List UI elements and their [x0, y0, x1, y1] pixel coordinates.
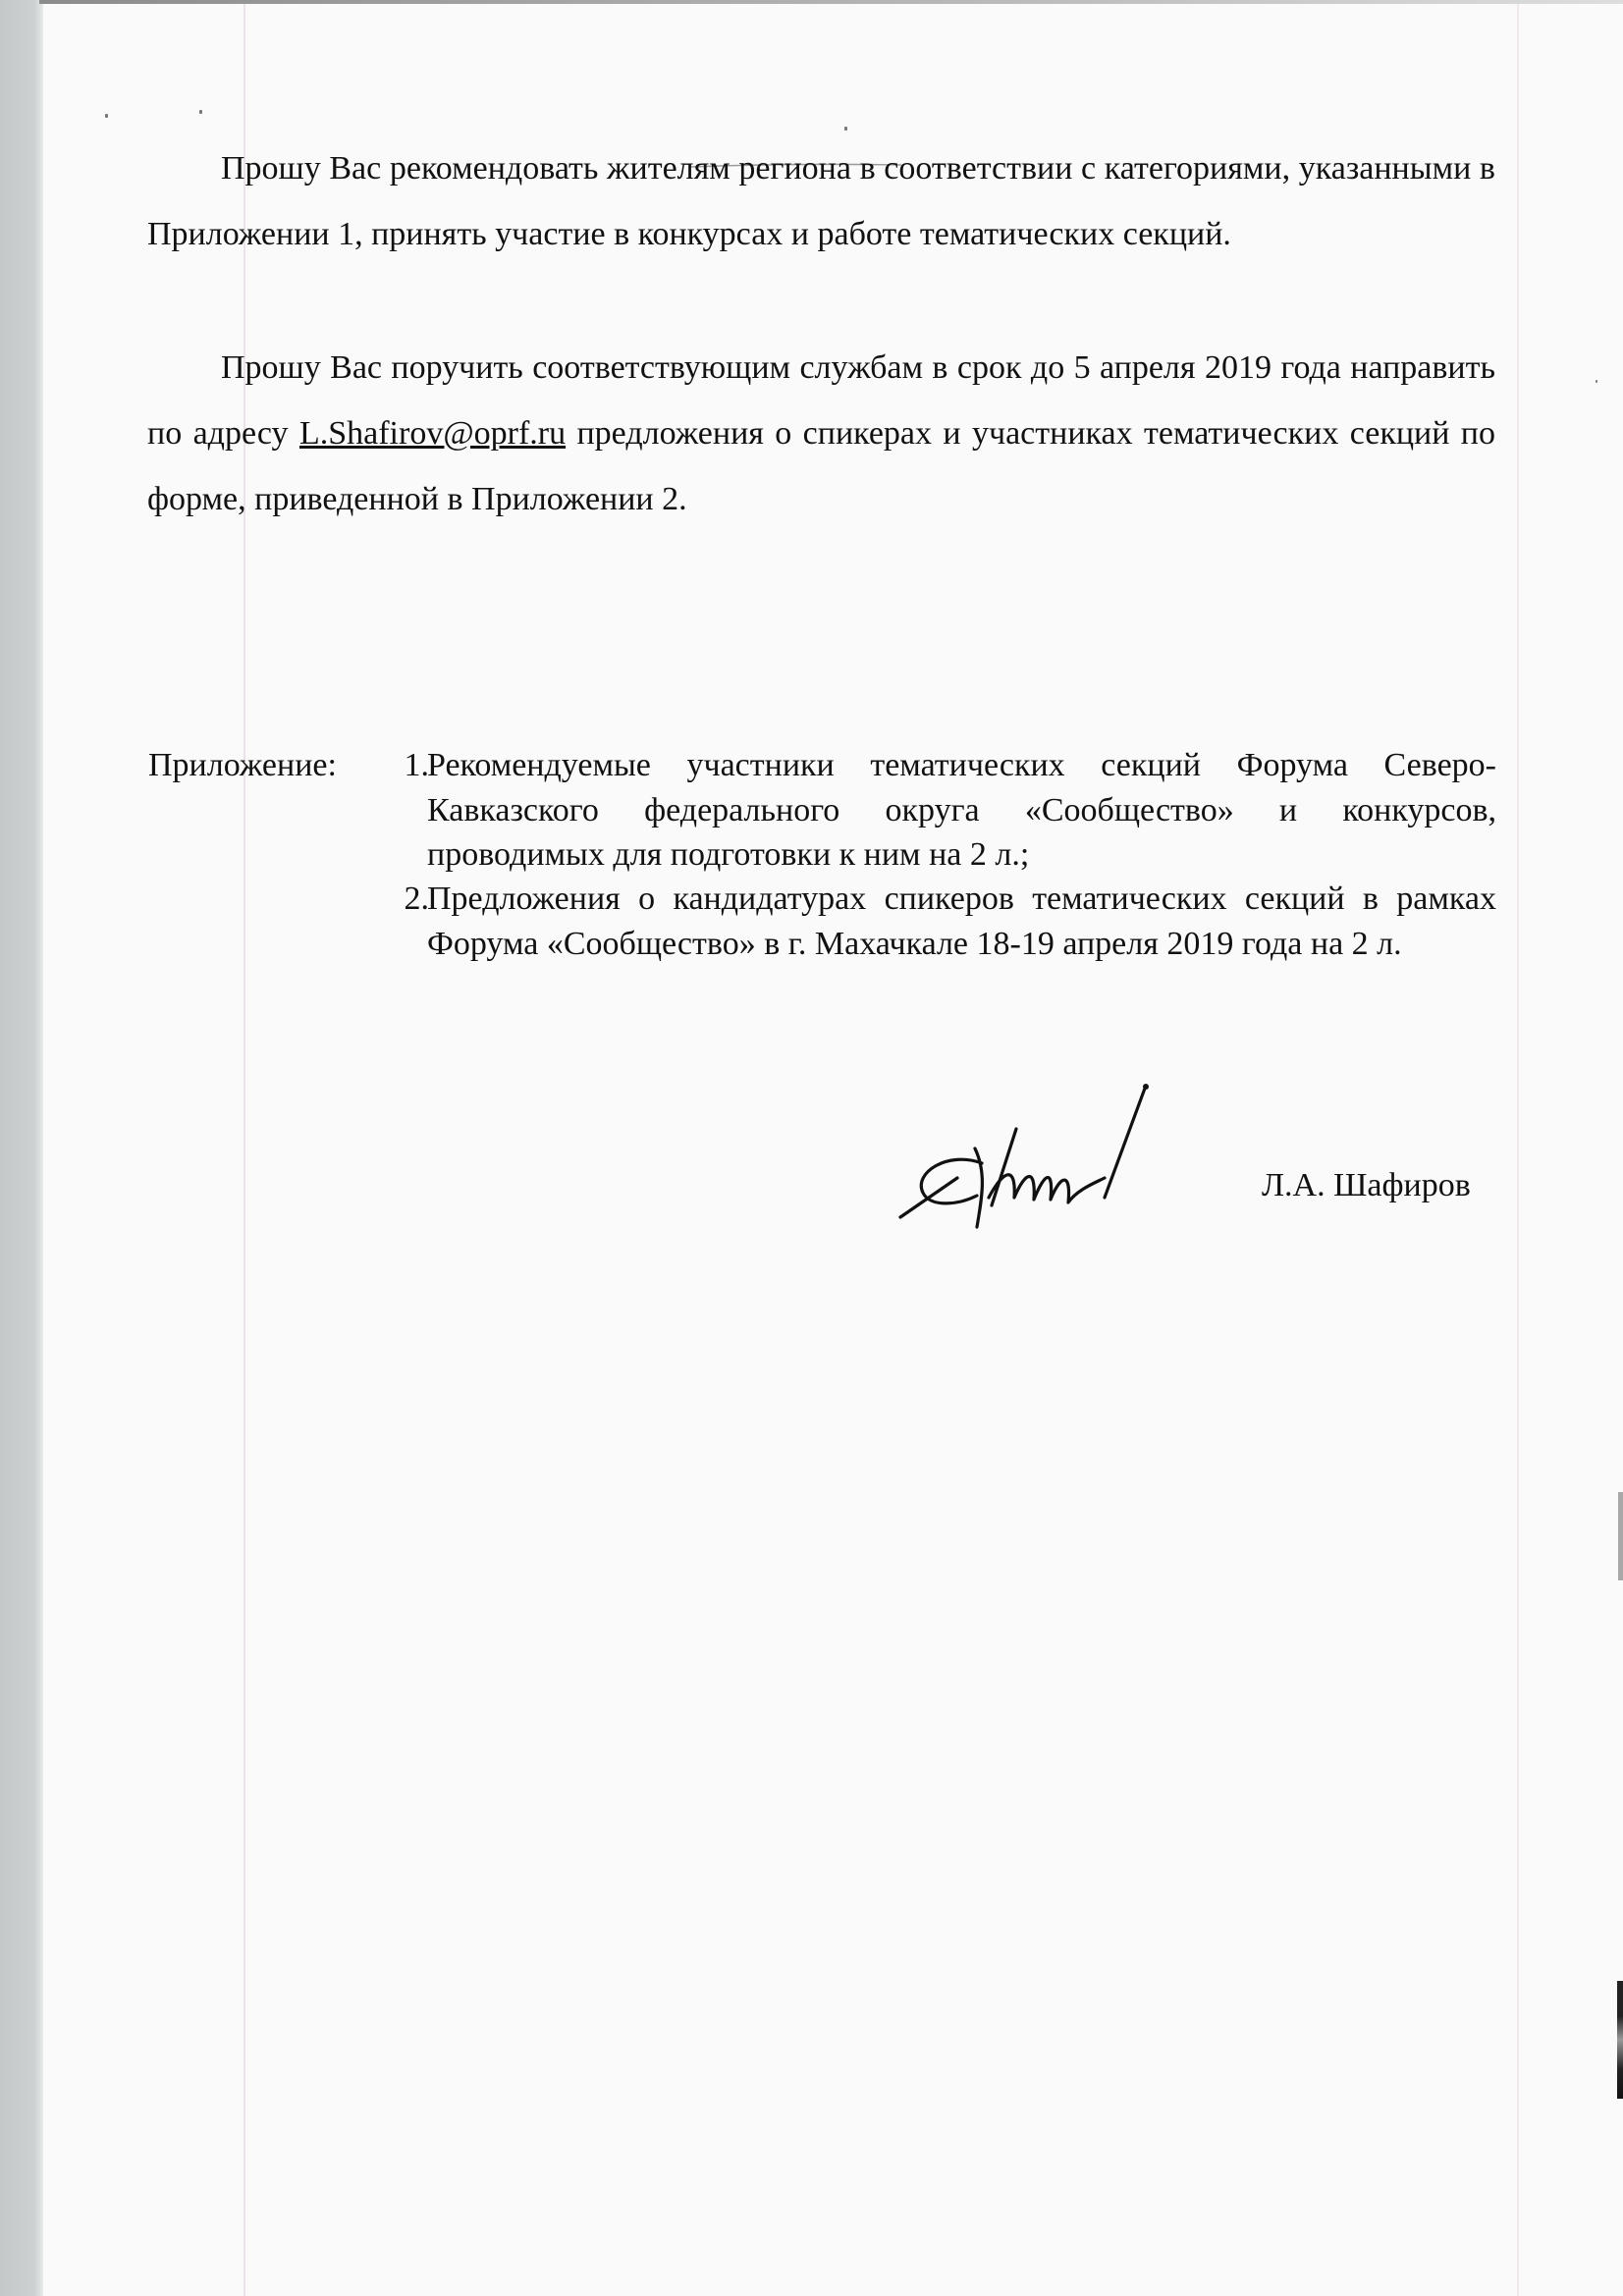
scan-edge-left [0, 0, 43, 2296]
paragraph-text: Прошу Вас рекомендовать жителям региона … [147, 150, 1495, 252]
appendix-label: Приложение: [148, 743, 337, 788]
email-link[interactable]: L.Shafirov@oprf.ru [299, 415, 566, 452]
signer-name: Л.А. Шафиров [1262, 1164, 1471, 1207]
scan-edge-mark [1618, 1492, 1623, 1580]
appendix-item-number: 2. [370, 877, 429, 922]
scan-edge-mark [1617, 1981, 1623, 2099]
appendix-item-number: 1. [370, 743, 429, 788]
appendix-item-text: Предложения о кандидатурах спикеров тема… [427, 877, 1496, 966]
scan-speck [105, 114, 108, 118]
scan-speck [1596, 380, 1597, 383]
scan-speck [199, 110, 202, 114]
appendix-item-text: Рекомендуемые участники тематических сек… [427, 743, 1496, 878]
scan-speck [844, 127, 847, 131]
handwritten-signature [889, 1080, 1154, 1237]
paragraph-request-participation: Прошу Вас рекомендовать жителям региона … [147, 135, 1495, 267]
scan-line-right [1517, 4, 1519, 2296]
paragraph-request-proposals: Прошу Вас поручить соответствующим служб… [147, 335, 1495, 532]
